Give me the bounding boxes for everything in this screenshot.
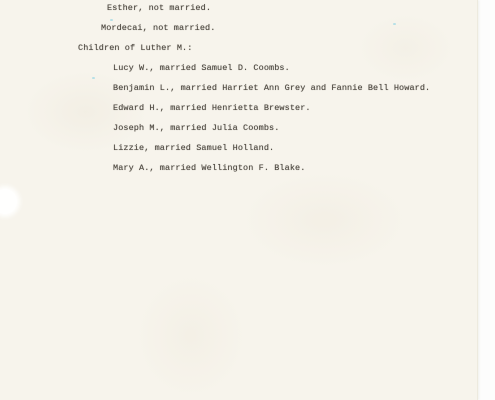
text-line: Mordecai, not married. xyxy=(0,18,477,38)
paper-speck xyxy=(393,23,396,25)
paper-speck xyxy=(110,19,113,21)
text-line: Mary A., married Wellington F. Blake. xyxy=(0,158,477,178)
paper-speck xyxy=(92,77,95,79)
text-line: Esther, not married. xyxy=(0,0,477,18)
text-line: Lizzie, married Samuel Holland. xyxy=(0,138,477,158)
paper-page: Esther, not married.Mordecai, not marrie… xyxy=(0,0,478,400)
paper-blemish-spot xyxy=(0,189,17,214)
scanned-document: Esther, not married.Mordecai, not marrie… xyxy=(0,0,495,400)
text-line: Children of Luther M.: xyxy=(0,38,477,58)
text-line: Edward H., married Henrietta Brewster. xyxy=(0,98,477,118)
text-line: Joseph M., married Julia Coombs. xyxy=(0,118,477,138)
typewritten-text-block: Esther, not married.Mordecai, not marrie… xyxy=(0,0,477,178)
text-line: Benjamin L., married Harriet Ann Grey an… xyxy=(0,78,477,98)
text-line: Lucy W., married Samuel D. Coombs. xyxy=(0,58,477,78)
